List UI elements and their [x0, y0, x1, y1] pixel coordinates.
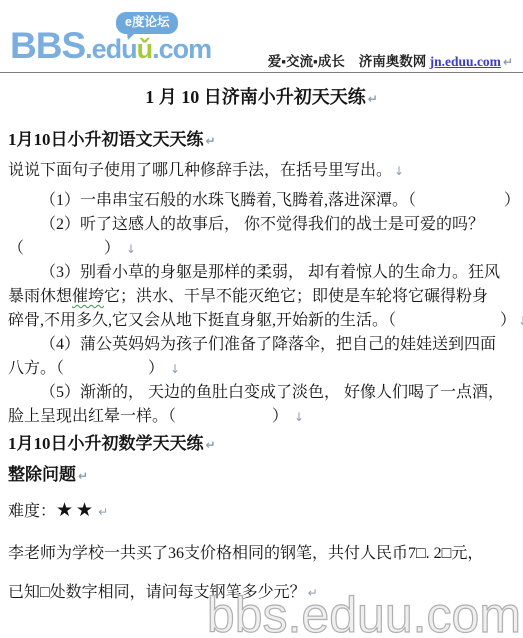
section-heading-math: 1月10日小升初数学天天练↵ — [8, 433, 515, 456]
site-logo[interactable]: e度论坛 BBS .edu ǔ .com — [10, 12, 210, 64]
line-text: （5）渐渐的， 天边的鱼肚白变成了淡色， 好像人们喝了一点酒， — [40, 384, 504, 401]
site-link[interactable]: jn.eduu.com — [430, 54, 501, 69]
line-text: （2）听了这感人的故事后， 你不觉得我们的战士是可爱的吗？ — [40, 216, 484, 233]
paragraph-mark: ↵ — [503, 55, 513, 69]
site-name: 济南奥数网 — [359, 54, 427, 69]
text-line: 碎骨,不用多久,它又会从地下挺直身躯,开始新的生活。（ ）↓ — [8, 309, 515, 333]
slogan-text: 爱▪交流▪成长 — [268, 54, 345, 69]
text-line: （1）一串串宝石般的水珠飞腾着,飞腾着,落进深潭。（ ）↓ — [8, 189, 515, 213]
line-text: 八方。（ ） — [8, 360, 168, 377]
linebreak-mark: ↓ — [294, 410, 304, 424]
line-text: 碎骨,不用多久,它又会从地下挺直身躯,开始新的生活。（ ） — [8, 312, 516, 329]
logo-com-text: .com — [152, 36, 211, 63]
paragraph-mark: ↵ — [206, 438, 216, 452]
logo-bbs-text: BBS — [10, 27, 85, 64]
text-line: 暴雨休想催垮它；洪水、干旱不能灭绝它；即使是车轮将它碾得粉身 — [8, 285, 515, 309]
linebreak-mark: ↓ — [170, 362, 180, 376]
text-line: （ ） ↓ — [8, 237, 515, 261]
text-line: （4）蒲公英妈妈为孩子们准备了降落伞，把自己的娃娃送到四面 — [8, 333, 515, 357]
document-body: 1 月 10 日济南小升初天天练↵ 1月10日小升初语文天天练↵ 说说下面句子使… — [0, 73, 523, 603]
text-line: （3）别看小草的身躯是那样的柔弱， 却有着惊人的生命力。狂风 — [8, 261, 515, 285]
linebreak-mark: ↓ — [394, 164, 404, 178]
paragraph-mark: ↵ — [206, 134, 216, 148]
line-text: 脸上呈现出红晕一样。（ ） — [8, 408, 292, 425]
text-line: 八方。（ ） ↓ — [8, 357, 515, 381]
text-line: （5）渐渐的， 天边的鱼肚白变成了淡色， 好像人们喝了一点酒， — [8, 381, 515, 405]
spellcheck-underlined-text: 催垮 — [72, 288, 104, 305]
logo-edu-text: .edu — [85, 36, 137, 63]
text-line: （2）听了这感人的故事后， 你不觉得我们的战士是可爱的吗？ — [8, 213, 515, 237]
doc-title: 1 月 10 日济南小升初天天练↵ — [8, 86, 515, 110]
difficulty-line: 难度：★★↵ — [8, 500, 515, 523]
section-heading-chinese: 1月10日小升初语文天天练↵ — [8, 129, 515, 152]
site-header: e度论坛 BBS .edu ǔ .com 爱▪交流▪成长济南奥数网 jn.edu… — [0, 0, 523, 73]
star-rating: ★★ — [56, 500, 96, 521]
section-heading-text: 1月10日小升初语文天天练 — [8, 130, 204, 149]
chinese-exercise-lines: （1）一串串宝石般的水珠飞腾着,飞腾着,落进深潭。（ ）↓ （2）听了这感人的故… — [8, 189, 515, 429]
line-text: （4）蒲公英妈妈为孩子们准备了降落伞，把自己的娃娃送到四面 — [40, 336, 496, 353]
doc-title-text: 1 月 10 日济南小升初天天练 — [145, 87, 366, 107]
line-text: 李老师为学校一共买了36支价格相同的钢笔，共付人民币7□. 2□元， — [8, 545, 483, 562]
page: e度论坛 BBS .edu ǔ .com 爱▪交流▪成长济南奥数网 jn.edu… — [0, 0, 523, 638]
linebreak-mark: ↓ — [126, 242, 136, 256]
difficulty-label: 难度： — [8, 503, 56, 520]
paragraph-mark: ↵ — [368, 92, 378, 106]
watermark-text: bbs.eduu.com — [207, 586, 521, 638]
logo-wordmark: BBS .edu ǔ .com — [10, 27, 211, 64]
line-text: （1）一串串宝石般的水珠飞腾着,飞腾着,落进深潭。（ ） — [40, 192, 520, 209]
linebreak-mark: ↓ — [518, 314, 523, 328]
paragraph-mark: ↵ — [98, 505, 108, 519]
header-tagline: 爱▪交流▪成长济南奥数网 jn.eduu.com↵ — [268, 50, 513, 70]
math-problem-line: 李老师为学校一共买了36支价格相同的钢笔，共付人民币7□. 2□元， — [8, 544, 515, 564]
line-text: 暴雨休想 — [8, 288, 72, 305]
line-text: （ ） — [8, 240, 124, 257]
topic-heading: 整除问题↵ — [8, 464, 515, 487]
line-text: 它；洪水、干旱不能灭绝它；即使是车轮将它碾得粉身 — [104, 288, 488, 305]
line-text: （3）别看小草的身躯是那样的柔弱， 却有着惊人的生命力。狂风 — [40, 264, 500, 281]
intro-text: 说说下面句子使用了哪几种修辞手法，在括号里写出。 — [8, 162, 392, 179]
intro-line: 说说下面句子使用了哪几种修辞手法，在括号里写出。↓ — [8, 160, 515, 182]
text-line: 脸上呈现出红晕一样。（ ） ↓ — [8, 405, 515, 429]
logo-u-accent: ǔ — [137, 36, 153, 63]
paragraph-mark: ↵ — [78, 469, 88, 483]
section-heading-text: 1月10日小升初数学天天练 — [8, 434, 204, 453]
topic-text: 整除问题 — [8, 465, 76, 484]
